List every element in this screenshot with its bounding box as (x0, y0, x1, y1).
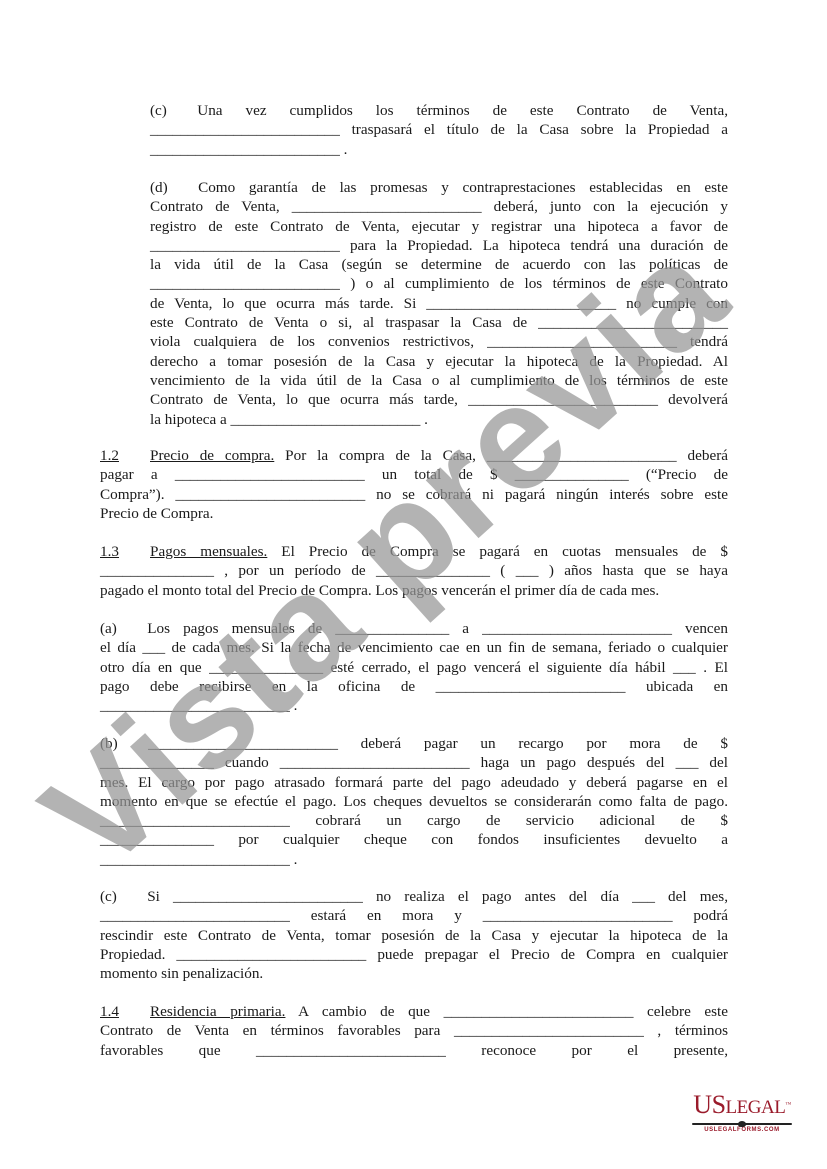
logo-url: USLEGALFORMS.COM (683, 1127, 801, 1133)
paragraph-d-mortgage: (d) Como garantía de las promesas y cont… (150, 178, 728, 429)
text-line: registro de este Contrato de Venta, ejec… (150, 217, 728, 236)
text-line: el día ___ de cada mes. Si la fecha de v… (100, 638, 728, 657)
text-line: pago debe recibirse en la oficina de ___… (100, 677, 728, 696)
text-line: _________________________ traspasará el … (150, 120, 728, 139)
logo-brand: USLEGAL™ (683, 1093, 801, 1120)
text-line: 1.4Residencia primaria. A cambio de que … (100, 1002, 728, 1021)
text-line: Contrato de Venta, _____________________… (150, 197, 728, 216)
text-line: la hipoteca a _________________________ … (150, 410, 728, 429)
text-line: de Venta, lo que ocurra más tarde. Si __… (150, 294, 728, 313)
section-number: 1.4 (100, 1002, 150, 1021)
text-line: pagado el monto total del Precio de Comp… (100, 581, 728, 600)
section-number: 1.3 (100, 542, 150, 561)
section-1-3-monthly-payments: 1.3Pagos mensuales. El Precio de Compra … (100, 542, 728, 600)
text-line: derecho a tomar posesión de la Casa y ej… (150, 352, 728, 371)
section-1-4-primary-residence: 1.4Residencia primaria. A cambio de que … (100, 1002, 728, 1060)
text-line: vencimiento de la vida útil de la Casa o… (150, 371, 728, 390)
text-line: Compra”). _________________________ no s… (100, 485, 728, 504)
text-line: Precio de Compra. (100, 504, 728, 523)
text-line: _________________________ cobrará un car… (100, 811, 728, 830)
text-line: momento sin penalización. (100, 964, 728, 983)
section-text: Por la compra de la Casa, ______________… (274, 447, 728, 464)
section-1-2-purchase-price: 1.2Precio de compra. Por la compra de la… (100, 446, 728, 523)
section-text: El Precio de Compra se pagará en cuotas … (267, 543, 728, 560)
section-title: Precio de compra. (150, 447, 274, 464)
paragraph-a-payment-due: (a) Los pagos mensuales de _____________… (100, 619, 728, 715)
text-line: _________________________ para la Propie… (150, 236, 728, 255)
text-line: _______________ por cualquier cheque con… (100, 830, 728, 849)
trademark-symbol: ™ (785, 1102, 790, 1108)
text-line: Propiedad. _________________________ pue… (100, 945, 728, 964)
text-line: rescindir este Contrato de Venta, tomar … (100, 926, 728, 945)
text-line: 1.3Pagos mensuales. El Precio de Compra … (100, 542, 728, 561)
text-line: _________________________ . (100, 696, 728, 715)
text-line: otro día en que _______________ esté cer… (100, 658, 728, 677)
text-line: la vida útil de la Casa (según se determ… (150, 255, 728, 274)
text-line: _________________________ . (100, 850, 728, 869)
paragraph-b-late-fee: (b) _________________________ deberá pag… (100, 734, 728, 869)
paragraph-c-title-transfer: (c) Una vez cumplidos los términos de es… (150, 101, 728, 159)
text-line: _________________________ ) o al cumplim… (150, 274, 728, 293)
logo-us: US (693, 1090, 725, 1119)
text-line: (c) Si _________________________ no real… (100, 887, 728, 906)
document-page: (c) Una vez cumplidos los términos de es… (0, 0, 827, 1169)
text-line: _________________________ estará en mora… (100, 906, 728, 925)
section-title: Pagos mensuales. (150, 543, 267, 560)
paragraph-c-default: (c) Si _________________________ no real… (100, 887, 728, 983)
text-line: pagar a _________________________ un tot… (100, 465, 728, 484)
eagle-wings-icon (692, 1121, 792, 1127)
text-line: 1.2Precio de compra. Por la compra de la… (100, 446, 728, 465)
text-line: mes. El cargo por pago atrasado formará … (100, 773, 728, 792)
text-line: (d) Como garantía de las promesas y cont… (150, 178, 728, 197)
logo-legal: LEGAL (726, 1097, 786, 1118)
text-line: favorables que _________________________… (100, 1041, 728, 1060)
section-text: A cambio de que ________________________… (285, 1003, 728, 1020)
section-number: 1.2 (100, 446, 150, 465)
text-line: _______________ cuando _________________… (100, 753, 728, 772)
text-line: _________________________ . (150, 140, 728, 159)
text-line: viola cualquiera de los convenios restri… (150, 332, 728, 351)
text-line: (c) Una vez cumplidos los términos de es… (150, 101, 728, 120)
text-line: este Contrato de Venta o si, al traspasa… (150, 313, 728, 332)
text-line: (a) Los pagos mensuales de _____________… (100, 619, 728, 638)
text-line: _______________ , por un período de ____… (100, 561, 728, 580)
text-line: Contrato de Venta, lo que ocurra más tar… (150, 390, 728, 409)
section-title: Residencia primaria. (150, 1003, 285, 1020)
text-line: (b) _________________________ deberá pag… (100, 734, 728, 753)
uslegal-logo[interactable]: USLEGAL™ USLEGALFORMS.COM (683, 1093, 801, 1135)
text-line: momento en que se efectúe el pago. Los c… (100, 792, 728, 811)
text-line: Contrato de Venta en términos favorables… (100, 1021, 728, 1040)
